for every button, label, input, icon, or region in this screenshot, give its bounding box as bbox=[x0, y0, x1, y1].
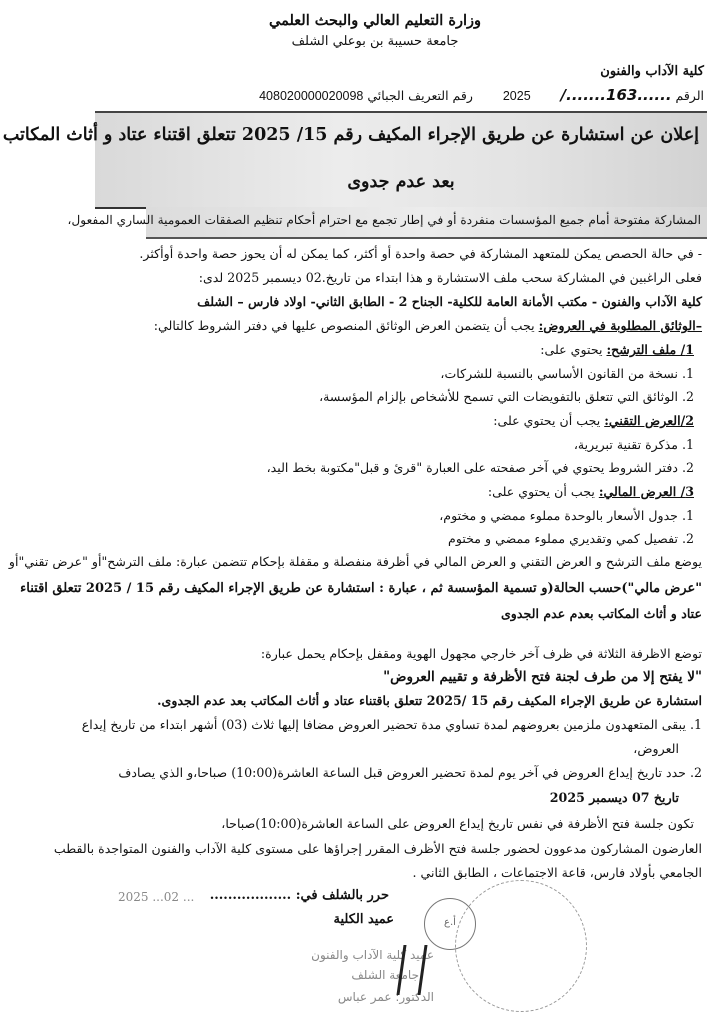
numbered-item-deadline: 2. حدد تاريخ إيداع العروض في آخر يوم لمد… bbox=[118, 765, 702, 780]
section-heading: 3/ العرض المالي: bbox=[599, 484, 694, 499]
numbered-item-validity-cont: العروض، bbox=[633, 741, 679, 756]
participation-box: المشاركة مفتوحة أمام جميع المؤسسات منفرد… bbox=[146, 207, 707, 239]
list-item: 2. الوثائق التي تتعلق بالتفويضات التي تس… bbox=[319, 389, 694, 404]
consultation-reference: استشارة عن طريق الإجراء المكيف رقم 15 /2… bbox=[157, 693, 702, 708]
required-docs-heading: –الوثائق المطلوبة في العروض: bbox=[539, 318, 702, 333]
tax-id: 408020000020098 bbox=[259, 89, 363, 103]
invitation-text-1: العارضون المشاركون مدعوون لحضور جلسة فتح… bbox=[54, 841, 702, 856]
ref-handwritten-number: ......163......./ bbox=[561, 86, 672, 104]
outer-envelope-text: توضع الاظرفة الثلاثة في ظرف آخر خارجي مج… bbox=[261, 646, 702, 661]
invitation-text-2: الجامعي بأولاد فارس، قاعة الاجتماعات ، ا… bbox=[412, 865, 702, 880]
section-technical: 2/العرض التقني: يجب أن يحتوي على: bbox=[493, 413, 694, 428]
ref-year: 2025 bbox=[503, 89, 531, 103]
list-item: 1. نسخة من القانون الأساسي بالنسبة للشرك… bbox=[440, 366, 694, 381]
announcement-subtitle: بعد عدم جدوى bbox=[95, 172, 707, 192]
announcement-title-box: إعلان عن استشارة عن طريق الإجراء المكيف … bbox=[95, 111, 707, 209]
section-financial: 3/ العرض المالي: يجب أن يحتوي على: bbox=[488, 484, 694, 499]
announcement-title: إعلان عن استشارة عن طريق الإجراء المكيف … bbox=[103, 125, 699, 145]
stamp-initials: أ.ع bbox=[425, 917, 475, 928]
envelopes-paragraph-2: "عرض مالي")حسب الحالة(و تسمية المؤسسة ثم… bbox=[20, 581, 702, 596]
required-docs: –الوثائق المطلوبة في العروض: يجب أن يتضم… bbox=[154, 318, 702, 333]
list-item: 2. تفصيل كمي وتقديري مملوء ممضي و مختوم bbox=[448, 531, 694, 546]
section-candidacy: 1/ ملف الترشح: يحتوي على: bbox=[540, 342, 694, 357]
list-item: 2. دفتر الشروط يحتوي في آخر صفحته على ال… bbox=[267, 460, 694, 475]
official-round-stamp bbox=[455, 880, 587, 1012]
section-heading: 1/ ملف الترشح: bbox=[606, 342, 694, 357]
tax-id-label: رقم التعريف الجبائي bbox=[367, 88, 473, 103]
list-item: 1. جدول الأسعار بالوحدة مملوء ممضي و مخت… bbox=[439, 508, 694, 523]
initials-stamp: أ.ع bbox=[424, 898, 476, 950]
dean-title: عميد الكلية bbox=[334, 912, 395, 927]
faculty-name: كلية الآداب والفنون bbox=[600, 64, 704, 79]
withdraw-paragraph: فعلى الراغبين في المشاركة سحب ملف الاستش… bbox=[199, 270, 702, 285]
university-name: جامعة حسيبة بن بوعلي الشلف bbox=[250, 34, 500, 49]
reference-line: الرقم ......163......./ 2025 رقم التعريف… bbox=[259, 86, 704, 104]
lots-note: - في حالة الحصص يمكن للمتعهد المشاركة في… bbox=[139, 246, 702, 261]
numbered-item-deadline-date: تاريخ 07 ديسمبر 2025 bbox=[550, 790, 679, 805]
numbered-item-validity: 1. يبقى المتعهدون ملزمين بعروضهم لمدة تس… bbox=[82, 717, 702, 732]
section-heading: 2/العرض التقني: bbox=[604, 413, 694, 428]
withdraw-location: كلية الآداب والفنون - مكتب الأمانة العام… bbox=[197, 294, 702, 309]
envelopes-paragraph-1: يوضع ملف الترشح و العرض التقني و العرض ا… bbox=[9, 554, 702, 569]
ref-label: الرقم bbox=[676, 88, 704, 103]
required-docs-text: يجب أن يتضمن العرض الوثائق المنصوص عليها… bbox=[154, 318, 539, 333]
do-not-open-text: "لا يفتح إلا من طرف لجنة فتح الأظرفة و ت… bbox=[383, 669, 702, 685]
participation-text: المشاركة مفتوحة أمام جميع المؤسسات منفرد… bbox=[68, 213, 701, 227]
signature-place: حرر بالشلف في: .................. bbox=[210, 888, 389, 903]
opening-session-text: تكون جلسة فتح الأظرفة في نفس تاريخ إيداع… bbox=[221, 816, 694, 831]
ministry-name: وزارة التعليم العالي والبحث العلمي bbox=[250, 12, 500, 29]
document-page: وزارة التعليم العالي والبحث العلمي جامعة… bbox=[0, 0, 724, 1024]
list-item: 1. مذكرة تقنية تبريرية، bbox=[574, 437, 694, 452]
signature-date-handwritten: 2025 ...02 ... bbox=[118, 890, 194, 904]
envelopes-paragraph-3: عتاد و أثاث المكاتب بعدم عدم الجدوى bbox=[501, 606, 702, 621]
